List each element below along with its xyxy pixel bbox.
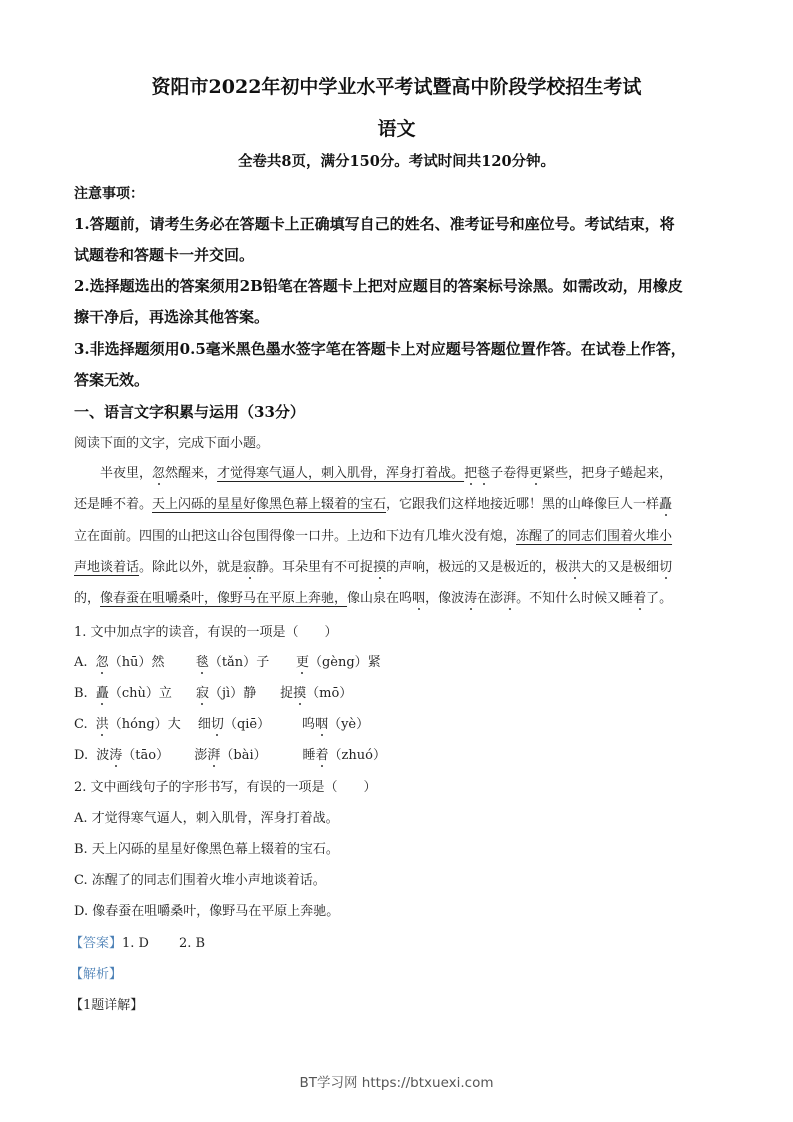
passage-line-3: 立在面前。四围的山把这山谷包围得像一口井。上边和下边有几堆火没有熄，冻醒了的同志… (74, 525, 672, 544)
document-page: 资阳市2022年初中学业水平考试暨高中阶段学校招生考试 语文 全卷共8页，满分1… (0, 0, 793, 1122)
pinyin: （gèng） (309, 655, 368, 670)
text: 立在面前。四围的山把这山谷包围得像一口井。上边和下边有几堆火没有熄， (74, 529, 516, 544)
dotted-char: 洪 (96, 717, 109, 732)
notice-item-2-line2: 擦干净后，再选涂其他答案。 (74, 306, 269, 327)
dotted-char: 忽 (152, 466, 165, 481)
pinyin: （bài） (220, 748, 266, 763)
option-label: A. (74, 811, 88, 826)
exam-title: 资阳市2022年初中学业水平考试暨高中阶段学校招生考试 (0, 72, 793, 99)
question-1-option-c: C. 洪（hóng）大 细切（qiē） 呜咽（yè） (74, 713, 369, 732)
dotted-char: 咽 (315, 717, 328, 732)
text: 。除此以外，就是 (139, 560, 243, 575)
answer-line: 【答案】1. D2. B (70, 932, 205, 951)
option-label: C. (74, 717, 88, 732)
text: 大的又是极细 (581, 560, 659, 575)
pinyin: （yè） (328, 717, 369, 732)
dotted-char: 摸 (293, 686, 306, 701)
pinyin: （hóng） (109, 717, 168, 732)
dotted-char: 矗 (96, 686, 109, 701)
dotted-char: 湃 (207, 748, 220, 763)
text: ，像波 (425, 591, 464, 606)
text: 波 (96, 748, 109, 763)
passage-line-1: 半夜里，忽然醒来，才觉得寒气逼人，刺入肌骨，浑身打着战。把毯子卷得更紧些，把身子… (100, 462, 672, 481)
option-text: 像春蚕在咀嚼桑叶，像野马在平原上奔驰。 (92, 904, 339, 919)
exam-meta: 全卷共8页，满分150分。考试时间共120分钟。 (0, 150, 793, 171)
underlined-sentence: 才觉得寒气逼人，刺入肌骨，浑身打着战。 (217, 466, 464, 481)
passage-line-5: 的，像春蚕在咀嚼桑叶，像野马在平原上奔驰，像山泉在呜咽，像波涛在澎湃。不知什么时… (74, 587, 672, 606)
pinyin: （mō） (306, 686, 352, 701)
text: 然 (151, 655, 164, 670)
notice-item-3-line2: 答案无效。 (74, 369, 149, 390)
pinyin: （hū） (109, 655, 152, 670)
text: 的， (74, 591, 100, 606)
dotted-char: 湃 (503, 591, 516, 606)
option-text: 才觉得寒气逼人，刺入肌骨，浑身打着战。 (92, 811, 339, 826)
underlined-sentence: 声地谈着话 (74, 560, 139, 575)
dotted-char: 涛 (109, 748, 122, 763)
option-label: C. (74, 873, 88, 888)
text: 。不知什么时候又睡 (516, 591, 633, 606)
text: 静。耳朵里有不可捉 (256, 560, 373, 575)
notice-item-1-line2: 试题卷和答题卡一并交回。 (74, 244, 254, 265)
pinyin: （chù） (109, 686, 159, 701)
text: 了。 (646, 591, 672, 606)
text: 紧 (368, 655, 381, 670)
underlined-sentence: 像春蚕在咀嚼桑叶，像野马在平原上奔驰， (100, 591, 347, 606)
question-1-option-a: A. 忽（hū）然 毯（tǎn）子 更（gèng）紧 (74, 651, 381, 670)
dotted-char: 更 (529, 466, 542, 481)
notice-item-2-line1: 2.选择题选出的答案须用2B铅笔在答题卡上把对应题目的答案标号涂黑。如需改动，用… (74, 275, 683, 296)
dotted-char: 咽 (412, 591, 425, 606)
dotted-char: 更 (296, 655, 309, 670)
question-2-option-d: D. 像春蚕在咀嚼桑叶，像野马在平原上奔驰。 (74, 900, 339, 919)
question-2-option-a: A. 才觉得寒气逼人，刺入肌骨，浑身打着战。 (74, 807, 339, 826)
text: 呜 (302, 717, 315, 732)
subject-title: 语文 (0, 114, 793, 141)
dotted-char: 寂 (243, 560, 256, 575)
text: 捉 (280, 686, 293, 701)
question-1-option-b: B. 矗（chù）立 寂（jì）静 捉摸（mō） (74, 682, 352, 701)
text: 还是睡不着。 (74, 497, 152, 512)
question-2-option-b: B. 天上闪砾的星星好像黑色幕上辍着的宝石。 (74, 838, 339, 857)
text: 子 (256, 655, 269, 670)
dotted-char: 忽 (96, 655, 109, 670)
option-label: B. (74, 842, 88, 857)
text: 半夜里， (100, 466, 152, 481)
text: 然醒来， (165, 466, 217, 481)
dotted-char: 把 (464, 466, 477, 481)
notice-item-1-line1: 1.答题前，请考生务必在答题卡上正确填写自己的姓名、准考证号和座位号。考试结束，… (74, 213, 675, 234)
text: 大 (168, 717, 181, 732)
text: 静 (243, 686, 256, 701)
text: 立 (159, 686, 172, 701)
question-1-stem: 1. 文中加点字的读音，有误的一项是（ ） (74, 621, 338, 640)
option-text: 天上闪砾的星星好像黑色幕上辍着的宝石。 (92, 842, 339, 857)
text: ，它跟我们这样地接近哪！黑的山峰像巨人一样 (386, 497, 659, 512)
detail-tag: 【1题详解】 (70, 994, 143, 1013)
text: 子卷得 (490, 466, 529, 481)
passage-line-2: 还是睡不着。天上闪砾的星星好像黑色幕上辍着的宝石，它跟我们这样地接近哪！黑的山峰… (74, 493, 672, 512)
section-heading: 一、语言文字积累与运用（33分） (74, 401, 305, 422)
underlined-sentence: 天上闪砾的星星好像黑色幕上辍着的宝石 (152, 497, 386, 512)
dotted-char: 洪 (568, 560, 581, 575)
dotted-char: 切 (659, 560, 672, 575)
dotted-char: 涛 (464, 591, 477, 606)
passage-line-4: 声地谈着话。除此以外，就是寂静。耳朵里有不可捉摸的声响，极远的又是极近的，极洪大… (74, 556, 672, 575)
dotted-char: 摸 (373, 560, 386, 575)
text: 睡 (303, 748, 316, 763)
pinyin: （qiē） (224, 717, 270, 732)
pinyin: （zhuó） (329, 748, 386, 763)
answer-tag: 【答案】 (70, 936, 122, 951)
section-instruction: 阅读下面的文字，完成下面小题。 (74, 432, 269, 451)
option-label: D. (74, 904, 88, 919)
dotted-char: 着 (316, 748, 329, 763)
pinyin: （tāo） (122, 748, 169, 763)
watermark-footer: BT学习网 https://btxuexi.com (0, 1071, 793, 1091)
text: 紧些，把身子蜷起来， (542, 466, 672, 481)
text: 细 (198, 717, 211, 732)
dotted-char: 寂 (196, 686, 209, 701)
answer-2: 2. B (179, 936, 205, 951)
question-1-option-d: D. 波涛（tāo） 澎湃（bài） 睡着（zhuó） (74, 744, 386, 763)
analysis-tag: 【解析】 (70, 963, 122, 982)
question-2-stem: 2. 文中画线句子的字形书写，有误的一项是（ ） (74, 776, 377, 795)
option-label: B. (74, 686, 88, 701)
text: 像山泉在呜 (347, 591, 412, 606)
text: 在澎 (477, 591, 503, 606)
dotted-char: 毯 (196, 655, 209, 670)
question-2-option-c: C. 冻醒了的同志们围着火堆小声地谈着话。 (74, 869, 326, 888)
text: 的声响，极远的又是极近的，极 (386, 560, 568, 575)
notice-item-3-line1: 3.非选择题须用0.5毫米黑色墨水签字笔在答题卡上对应题号答题位置作答。在试卷上… (74, 338, 686, 359)
option-text: 冻醒了的同志们围着火堆小声地谈着话。 (92, 873, 326, 888)
dotted-char: 切 (211, 717, 224, 732)
dotted-char: 矗 (659, 497, 672, 512)
underlined-sentence: 冻醒了的同志们围着火堆小 (516, 529, 672, 544)
dotted-char: 着 (633, 591, 646, 606)
pinyin: （jì） (209, 686, 243, 701)
option-label: A. (74, 655, 88, 670)
pinyin: （tǎn） (209, 655, 256, 670)
text: 澎 (194, 748, 207, 763)
dotted-char: 毯 (477, 466, 490, 481)
option-label: D. (74, 748, 88, 763)
answer-1: 1. D (122, 936, 149, 951)
notice-heading: 注意事项： (74, 183, 144, 203)
